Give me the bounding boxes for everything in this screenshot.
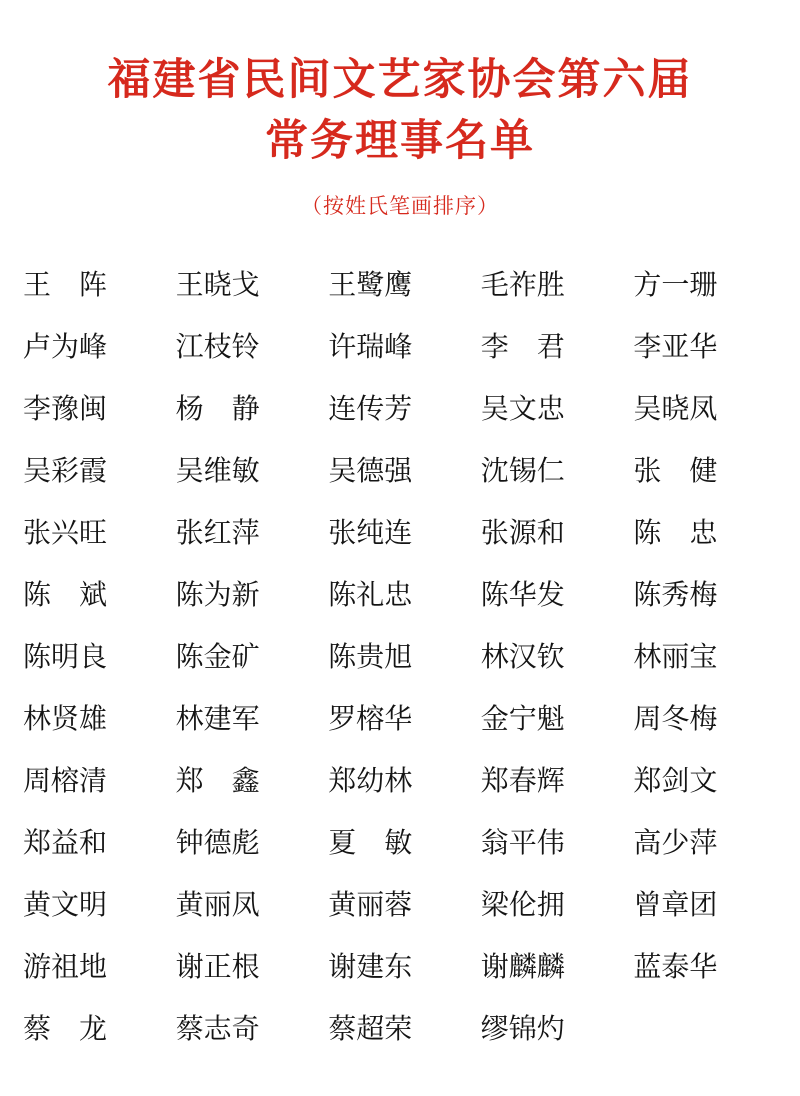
member-name: 郑 鑫: [176, 748, 329, 810]
member-name: 蔡志奇: [176, 996, 329, 1058]
member-name: 陈明良: [23, 624, 176, 686]
member-name-roster: 王 阵王晓戈王鹭鹰毛祚胜方一珊卢为峰江枝铃许瑞峰李 君李亚华李豫闽杨 静连传芳吴…: [0, 220, 800, 1058]
title-line-2: 常务理事名单: [0, 111, 800, 172]
member-name: 陈为新: [176, 562, 329, 624]
member-name: 周冬梅: [633, 686, 786, 748]
member-name: 黄丽蓉: [328, 872, 481, 934]
member-name: 王晓戈: [176, 252, 329, 314]
member-name: 许瑞峰: [328, 314, 481, 376]
member-name: 郑春辉: [481, 748, 634, 810]
member-name: 谢麟麟: [481, 934, 634, 996]
member-name: 连传芳: [328, 376, 481, 438]
member-name: 黄丽凤: [176, 872, 329, 934]
member-name: 杨 静: [176, 376, 329, 438]
member-name: 蔡超荣: [328, 996, 481, 1058]
member-name: 张源和: [481, 500, 634, 562]
member-name: 林贤雄: [23, 686, 176, 748]
title-line-1: 福建省民间文艺家协会第六届: [0, 50, 800, 111]
member-name: 王 阵: [23, 252, 176, 314]
member-name: 翁平伟: [481, 810, 634, 872]
member-name: 金宁魁: [481, 686, 634, 748]
member-name: 张 健: [633, 438, 786, 500]
member-name: 吴维敏: [176, 438, 329, 500]
member-name: 蔡 龙: [23, 996, 176, 1058]
document-header: 福建省民间文艺家协会第六届 常务理事名单 （按姓氏笔画排序）: [0, 0, 800, 220]
member-name: 郑幼林: [328, 748, 481, 810]
member-name: 游祖地: [23, 934, 176, 996]
member-name: 黄文明: [23, 872, 176, 934]
member-name: 谢正根: [176, 934, 329, 996]
member-name: 张纯连: [328, 500, 481, 562]
member-name: 吴文忠: [481, 376, 634, 438]
member-name: 林丽宝: [633, 624, 786, 686]
member-name: 谢建东: [328, 934, 481, 996]
member-name: 张红萍: [176, 500, 329, 562]
member-name: 林汉钦: [481, 624, 634, 686]
member-name: 卢为峰: [23, 314, 176, 376]
member-name: 曾章团: [633, 872, 786, 934]
member-name: 钟德彪: [176, 810, 329, 872]
member-name: 缪锦灼: [481, 996, 634, 1058]
member-name: 王鹭鹰: [328, 252, 481, 314]
member-name: 郑剑文: [633, 748, 786, 810]
member-name: 陈 忠: [633, 500, 786, 562]
member-name: 夏 敏: [328, 810, 481, 872]
member-name: 吴晓凤: [633, 376, 786, 438]
member-name: 高少萍: [633, 810, 786, 872]
member-name: 罗榕华: [328, 686, 481, 748]
member-name: 陈金矿: [176, 624, 329, 686]
member-name: 李豫闽: [23, 376, 176, 438]
member-name: 郑益和: [23, 810, 176, 872]
member-name: 沈锡仁: [481, 438, 634, 500]
member-name: 李亚华: [633, 314, 786, 376]
member-name: 陈华发: [481, 562, 634, 624]
member-name: 李 君: [481, 314, 634, 376]
member-name: 蓝泰华: [633, 934, 786, 996]
member-name: 周榕清: [23, 748, 176, 810]
member-name: 林建军: [176, 686, 329, 748]
member-name: 陈礼忠: [328, 562, 481, 624]
member-name: 陈 斌: [23, 562, 176, 624]
member-name: 陈秀梅: [633, 562, 786, 624]
member-name: 毛祚胜: [481, 252, 634, 314]
sort-order-subtitle: （按姓氏笔画排序）: [0, 192, 800, 220]
member-name: 吴德强: [328, 438, 481, 500]
member-name: 张兴旺: [23, 500, 176, 562]
member-name: 陈贵旭: [328, 624, 481, 686]
member-name: 吴彩霞: [23, 438, 176, 500]
member-name: 方一珊: [633, 252, 786, 314]
member-name: 梁伦拥: [481, 872, 634, 934]
document-page: 福建省民间文艺家协会第六届 常务理事名单 （按姓氏笔画排序） 王 阵王晓戈王鹭鹰…: [0, 0, 800, 1096]
member-name: 江枝铃: [176, 314, 329, 376]
